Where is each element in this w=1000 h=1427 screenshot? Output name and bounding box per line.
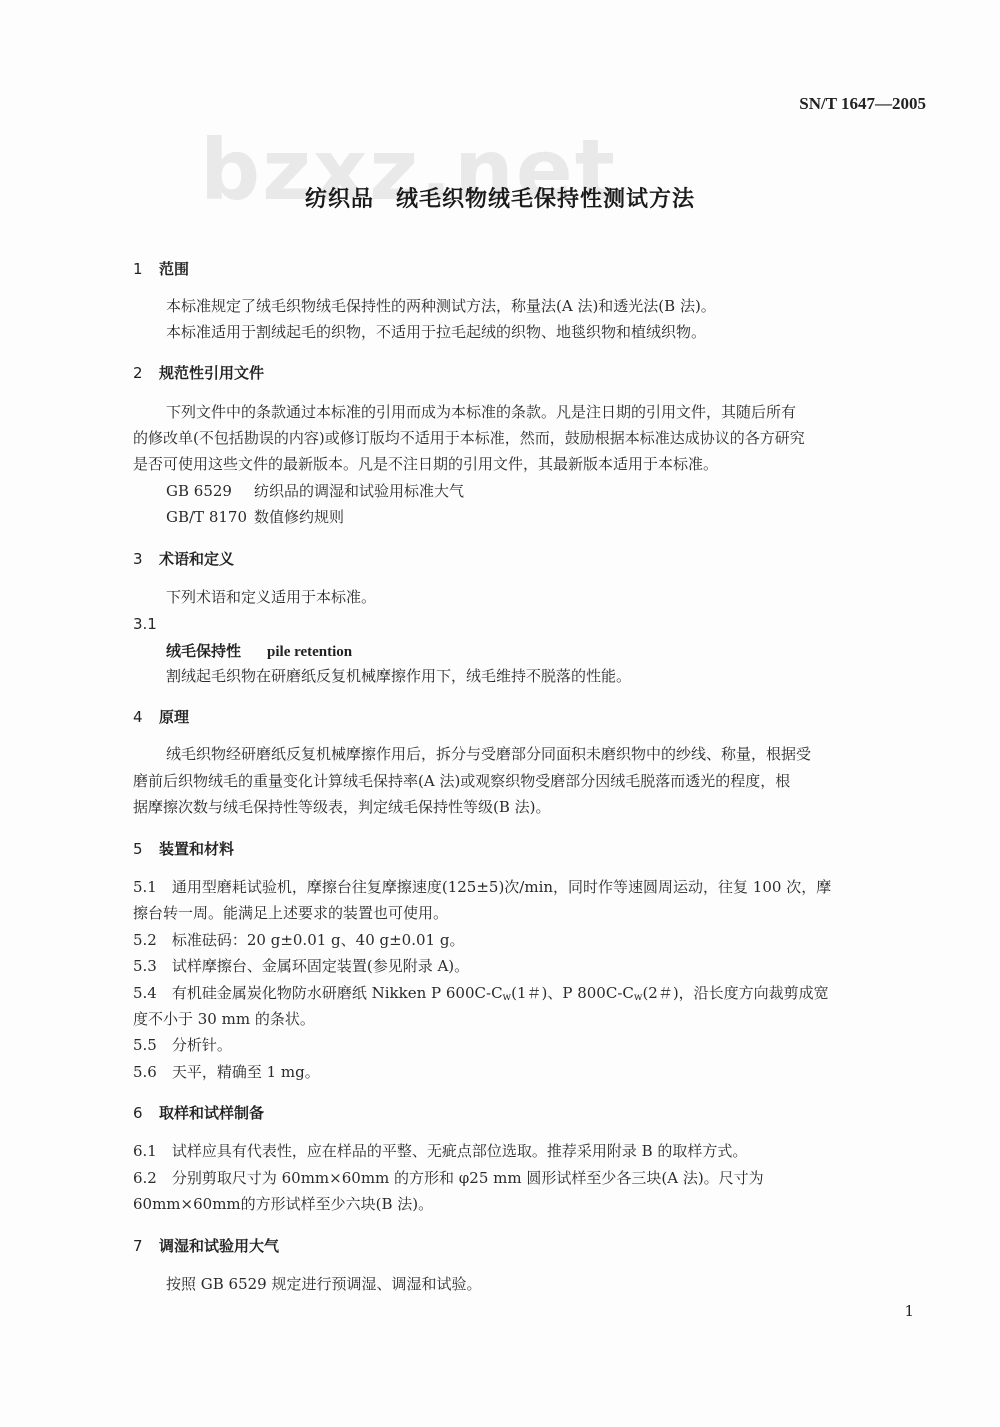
item-5-5: 5.5 分析针。: [133, 1035, 232, 1055]
section-7-para: 按照 GB 6529 规定进行预调湿、调湿和试验。: [166, 1274, 482, 1294]
section-1-para-2: 本标准适用于割绒起毛的织物，不适用于拉毛起绒的织物、地毯织物和植绒织物。: [166, 322, 706, 342]
section-2-line-3: 是否可使用这些文件的最新版本。凡是不注日期的引用文件，其最新版本适用于本标准。: [133, 454, 718, 474]
document-page: SN/T 1647—2005 bzxz.net 纺织品绒毛织物绒毛保持性测试方法…: [0, 0, 1000, 1427]
section-3-intro: 下列术语和定义适用于本标准。: [166, 587, 376, 607]
reference-item: GB 6529纺织品的调湿和试验用标准大气: [166, 481, 464, 501]
item-6-2-line-2: 60mm×60mm的方形试样至少六块(B 法)。: [133, 1194, 433, 1214]
item-5-2: 5.2 标准砝码：20 g±0.01 g、40 g±0.01 g。: [133, 930, 464, 950]
page-number: 1: [904, 1302, 914, 1320]
title-part2: 绒毛织物绒毛保持性测试方法: [396, 187, 695, 212]
section-2-line-1: 下列文件中的条款通过本标准的引用而成为本标准的条款。凡是注日期的引用文件，其随后…: [166, 402, 796, 422]
section-4-line-2: 磨前后织物绒毛的重量变化计算绒毛保持率(A 法)或观察织物受磨部分因绒毛脱落而透…: [133, 771, 790, 791]
item-5-1-line-2: 擦台转一周。能满足上述要求的装置也可使用。: [133, 903, 448, 923]
reference-item: GB/T 8170数值修约规则: [166, 507, 344, 527]
title-part1: 纺织品: [305, 187, 374, 212]
section-6-heading: 6取样和试样制备: [133, 1102, 264, 1123]
term-english: pile retention: [267, 644, 352, 660]
item-5-1-line-1: 5.1 通用型磨耗试验机，摩擦台往复摩擦速度(125±5)次/min，同时作等速…: [133, 877, 831, 897]
standard-code: SN/T 1647—2005: [799, 94, 926, 114]
term-entry: 绒毛保持性pile retention: [166, 640, 352, 661]
item-5-4-line-2: 度不小于 30 mm 的条状。: [133, 1009, 315, 1029]
section-1-heading: 1范围: [133, 258, 189, 279]
term-definition: 割绒起毛织物在研磨纸反复机械摩擦作用下，绒毛维持不脱落的性能。: [166, 666, 631, 686]
section-4-heading: 4原理: [133, 706, 189, 727]
term-chinese: 绒毛保持性: [166, 642, 241, 660]
item-5-3: 5.3 试样摩擦台、金属环固定装置(参见附录 A)。: [133, 956, 469, 976]
item-6-1: 6.1 试样应具有代表性，应在样品的平整、无疵点部位选取。推荐采用附录 B 的取…: [133, 1141, 747, 1161]
subsection-number: 3.1: [133, 614, 157, 634]
section-2-heading: 2规范性引用文件: [133, 362, 264, 383]
item-6-2-line-1: 6.2 分别剪取尺寸为 60mm×60mm 的方形和 φ25 mm 圆形试样至少…: [133, 1168, 764, 1188]
section-2-line-2: 的修改单(不包括勘误的内容)或修订版均不适用于本标准，然而，鼓励根据本标准达成协…: [133, 428, 805, 448]
section-1-para-1: 本标准规定了绒毛织物绒毛保持性的两种测试方法，称量法(A 法)和透光法(B 法)…: [166, 296, 716, 316]
section-3-heading: 3术语和定义: [133, 548, 234, 569]
section-4-line-1: 绒毛织物经研磨纸反复机械摩擦作用后，拆分与受磨部分同面积未磨织物中的纱线、称量，…: [166, 744, 811, 764]
document-title: 纺织品绒毛织物绒毛保持性测试方法: [0, 182, 1000, 213]
section-4-line-3: 据摩擦次数与绒毛保持性等级表，判定绒毛保持性等级(B 法)。: [133, 797, 551, 817]
section-7-heading: 7调湿和试验用大气: [133, 1235, 279, 1256]
section-5-heading: 5装置和材料: [133, 838, 234, 859]
item-5-6: 5.6 天平，精确至 1 mg。: [133, 1062, 320, 1082]
item-5-4-line-1: 5.4 有机硅金属炭化物防水研磨纸 Nikken P 600C-Cw(1＃)、P…: [133, 983, 829, 1008]
